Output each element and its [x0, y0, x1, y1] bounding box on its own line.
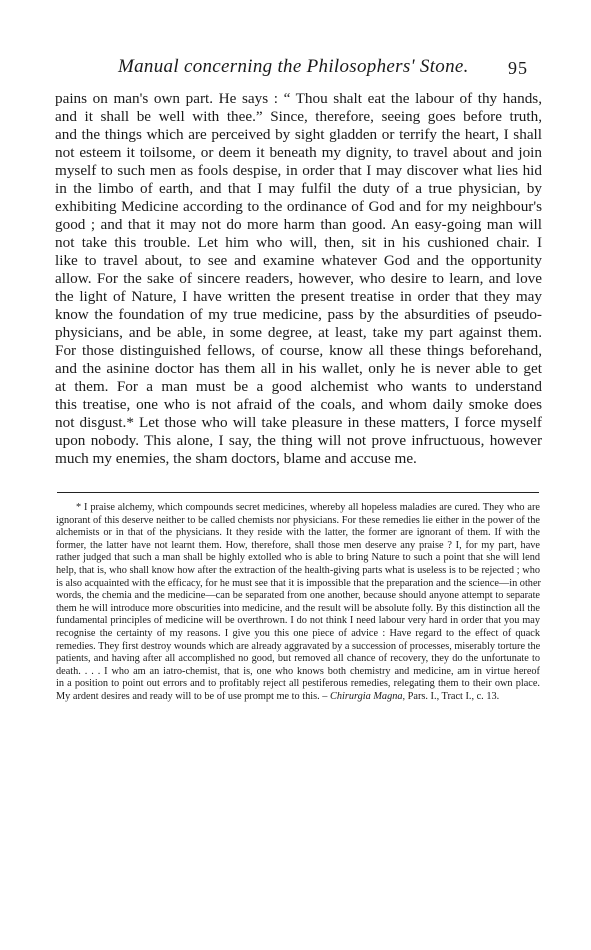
- footnote-line: words, the chemia and the medicine—can b…: [56, 590, 540, 603]
- page-number: 95: [508, 58, 528, 79]
- footnote-line: remedies. They first destroy wounds whic…: [56, 641, 540, 654]
- body-line: allow. For the sake of sincere readers, …: [55, 270, 542, 288]
- footnote-line: former, the latter have not learnt them.…: [56, 540, 540, 553]
- body-line: exhibiting Medicine according to the ord…: [55, 198, 542, 216]
- footnote-line: help, that is, who shall know how after …: [56, 565, 540, 578]
- footnote-line: rather judged that such a man shall be h…: [56, 552, 540, 565]
- body-line: this treatise, one who is not afraid of …: [55, 396, 542, 414]
- body-line: pains on man's own part. He says : “ Tho…: [55, 90, 542, 108]
- body-line: and the asinine doctor has them all in h…: [55, 360, 542, 378]
- footnote-line: ignorant of this deserve neither to be c…: [56, 515, 540, 528]
- body-line: the light of Nature, I have written the …: [55, 288, 542, 306]
- body-line: myself to such men as fools despise, in …: [55, 162, 542, 180]
- body-line: in the limbo of earth, and that I may fu…: [55, 180, 542, 198]
- footnote-closing-text: My ardent desires and ready will to be o…: [56, 691, 330, 702]
- footnote-line: in a position to point out errors and to…: [56, 678, 540, 691]
- body-line: and the things which are perceived by si…: [55, 126, 542, 144]
- body-text: pains on man's own part. He says : “ Tho…: [55, 90, 542, 468]
- footnote-line: is also acquainted with the efficacy, fo…: [56, 578, 540, 591]
- body-line: like to travel about, to see and examine…: [55, 252, 542, 270]
- body-line: know the foundation of my true medicine,…: [55, 306, 542, 324]
- footnote-line: fundamental principles of medicine will …: [56, 615, 540, 628]
- footnote-line: patients, and having after all accomplis…: [56, 653, 540, 666]
- running-head: Manual concerning the Philosophers' Ston…: [0, 56, 591, 86]
- body-line: For those distinguished fellows, of cour…: [55, 342, 542, 360]
- body-line: not esteem it toilsome, or deem it benea…: [55, 144, 542, 162]
- body-line: not disgust.* Let those who will take pl…: [55, 414, 542, 432]
- footnote-citation-line: My ardent desires and ready will to be o…: [56, 691, 540, 704]
- citation-title: Chirurgia Magna: [330, 691, 403, 702]
- body-line: physicians, and be able, in some degree,…: [55, 324, 542, 342]
- footnote-line: recognise the certainty of my reasons. I…: [56, 628, 540, 641]
- body-line: not take this trouble. Let him who will,…: [55, 234, 542, 252]
- running-title: Manual concerning the Philosophers' Ston…: [118, 56, 469, 78]
- citation-reference: , Pars. I., Tract I., c. 13.: [403, 691, 500, 702]
- body-line: good ; and that it may not do more harm …: [55, 216, 542, 234]
- body-line: much my enemies, the sham doctors, blame…: [55, 450, 542, 468]
- body-line: upon nobody. This alone, I say, the thin…: [55, 432, 542, 450]
- body-line: and it shall be well with thee.” Since, …: [55, 108, 542, 126]
- footnote-line: * I praise alchemy, which compounds secr…: [56, 502, 540, 515]
- footnote-line: alchemists or in that of the physicians.…: [56, 527, 540, 540]
- body-line: at them. For a man must be a good alchem…: [55, 378, 542, 396]
- footnote: * I praise alchemy, which compounds secr…: [56, 502, 540, 704]
- footnote-separator-rule: [57, 492, 539, 493]
- footnote-line: death. . . . I who am an iatro-chemist, …: [56, 666, 540, 679]
- footnote-line: them he will introduce more obscurities …: [56, 603, 540, 616]
